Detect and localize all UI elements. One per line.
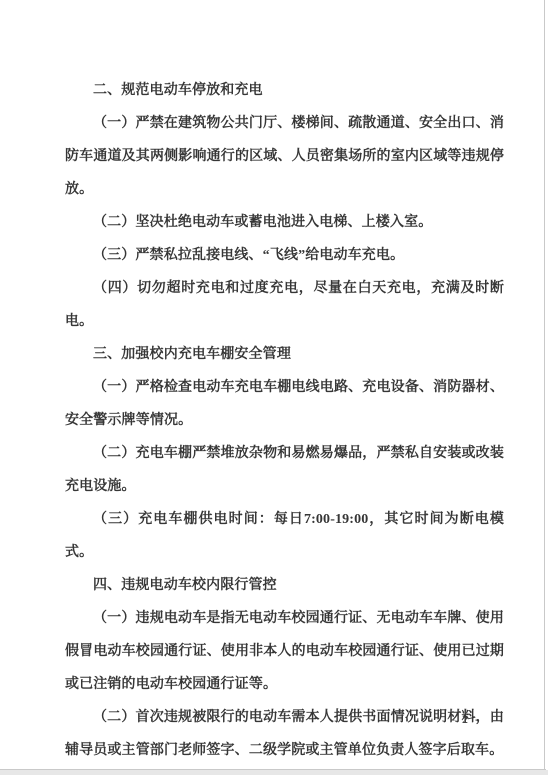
- section-heading: 三、加强校内充电车棚安全管理: [65, 338, 504, 371]
- paragraph: （三）严禁私拉乱接电线、“飞线”给电动车充电。: [65, 239, 504, 272]
- paragraph: （二）首次违规被限行的电动车需本人提供书面情况说明材料，由辅导员或主管部门老师签…: [65, 701, 504, 767]
- document-content: 二、规范电动车停放和充电（一）严禁在建筑物公共门厅、楼梯间、疏散通道、安全出口、…: [65, 74, 504, 767]
- paragraph: （四）切勿超时充电和过度充电，尽量在白天充电，充满及时断电。: [65, 272, 504, 338]
- section-heading: 二、规范电动车停放和充电: [65, 74, 504, 107]
- section-heading: 四、违规电动车校内限行管控: [65, 569, 504, 602]
- paragraph: （一）违规电动车是指无电动车校园通行证、无电动车车牌、使用假冒电动车校园通行证、…: [65, 602, 504, 701]
- paragraph: （三）充电车棚供电时间：每日7:00-19:00，其它时间为断电模式。: [65, 503, 504, 569]
- document-page: 二、规范电动车停放和充电（一）严禁在建筑物公共门厅、楼梯间、疏散通道、安全出口、…: [0, 0, 548, 775]
- page-number: - 2 -: [451, 713, 481, 725]
- paragraph: （二）充电车棚严禁堆放杂物和易燃易爆品，严禁私自安装或改装充电设施。: [65, 437, 504, 503]
- paragraph: （二）坚决杜绝电动车或蓄电池进入电梯、上楼入室。: [65, 206, 504, 239]
- page-right-edge: [544, 0, 545, 770]
- paragraph: （一）严禁在建筑物公共门厅、楼梯间、疏散通道、安全出口、消防车通道及其两侧影响通…: [65, 107, 504, 206]
- paragraph: （一）严格检查电动车充电车棚电线电路、充电设备、消防器材、安全警示牌等情况。: [65, 371, 504, 437]
- page-outside-band: [0, 770, 548, 775]
